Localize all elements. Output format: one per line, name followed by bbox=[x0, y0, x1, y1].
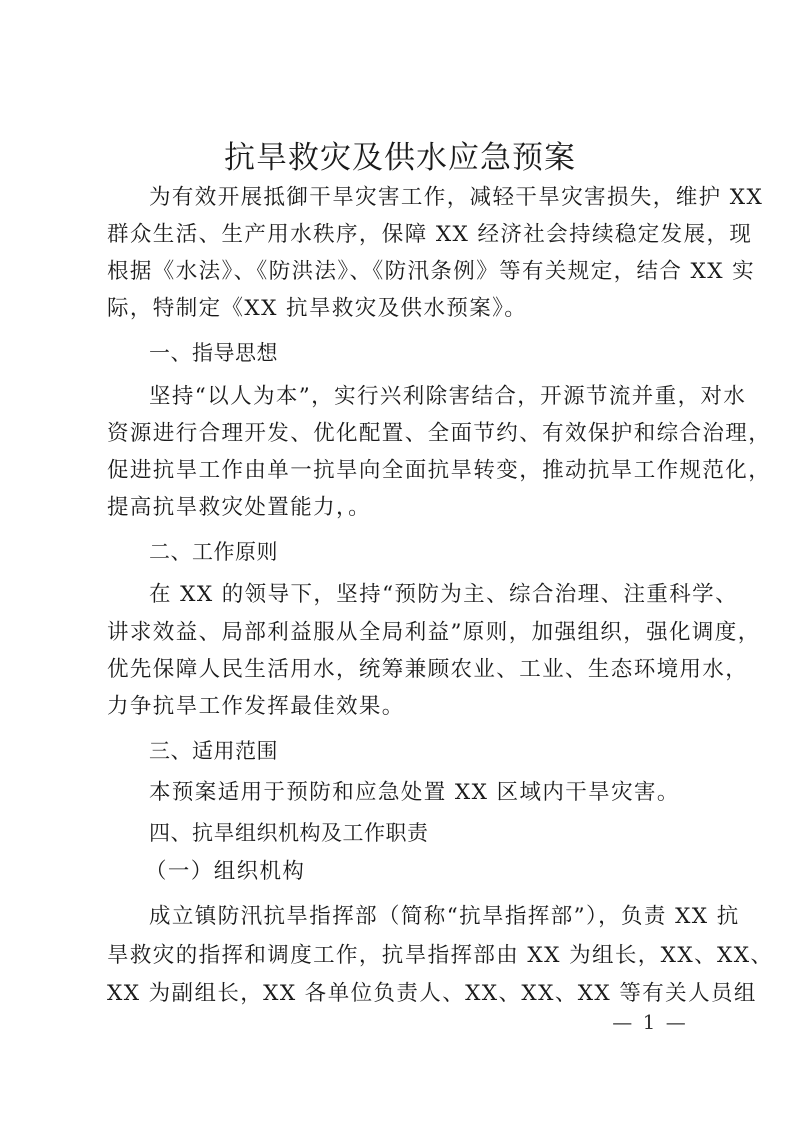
section-line: 坚持“以人为本”，实行兴利除害结合，开源节流并重，对水 bbox=[149, 382, 700, 412]
document-page: 抗旱救灾及供水应急预案 为有效开展抵御干旱灾害工作，减轻干旱灾害损失，维护 XX… bbox=[0, 0, 800, 1132]
section-line: 讲求效益、局部利益服从全局利益”原则，加强组织，强化调度， bbox=[107, 618, 700, 648]
section-line: 资源进行合理开发、优化配置、全面节约、有效保护和综合治理， bbox=[107, 419, 700, 449]
page-number: — 1 — bbox=[610, 1010, 690, 1034]
section-line: 促进抗旱工作由单一抗旱向全面抗旱转变，推动抗旱工作规范化， bbox=[107, 456, 700, 486]
section-heading-work-principles: 二、工作原则 bbox=[149, 537, 700, 567]
section-heading-organization: 四、抗旱组织机构及工作职责 bbox=[149, 818, 700, 848]
subsection-heading-org-structure: （一）组织机构 bbox=[145, 857, 738, 887]
section-line: 提高抗旱救灾处置能力，。 bbox=[107, 493, 700, 523]
intro-line: 为有效开展抵御干旱灾害工作，减轻干旱灾害损失，维护 XX bbox=[149, 183, 700, 213]
intro-line: 际，特制定《XX 抗旱救灾及供水预案》。 bbox=[107, 294, 700, 324]
section-line: 本预案适用于预防和应急处置 XX 区域内干旱灾害。 bbox=[149, 778, 700, 808]
intro-line: 根据《水法》、《防洪法》、《防汛条例》等有关规定，结合 XX 实 bbox=[107, 257, 700, 287]
intro-line: 群众生活、生产用水秩序，保障 XX 经济社会持续稳定发展，现 bbox=[107, 220, 700, 250]
document-title: 抗旱救灾及供水应急预案 bbox=[0, 132, 800, 177]
section-line: XX 为副组长，XX 各单位负责人、XX、XX、XX 等有关人员组 bbox=[107, 979, 700, 1009]
section-line: 旱救灾的指挥和调度工作，抗旱指挥部由 XX 为组长，XX、XX、 bbox=[107, 941, 700, 971]
section-heading-scope: 三、适用范围 bbox=[149, 736, 700, 766]
section-line: 优先保障人民生活用水，统筹兼顾农业、工业、生态环境用水， bbox=[107, 655, 700, 685]
section-heading-guiding-ideology: 一、指导思想 bbox=[149, 338, 700, 368]
section-line: 成立镇防汛抗旱指挥部（简称“抗旱指挥部”），负责 XX 抗 bbox=[149, 902, 700, 932]
section-line: 在 XX 的领导下，坚持“预防为主、综合治理、注重科学、 bbox=[149, 580, 700, 610]
section-line: 力争抗旱工作发挥最佳效果。 bbox=[107, 692, 700, 722]
